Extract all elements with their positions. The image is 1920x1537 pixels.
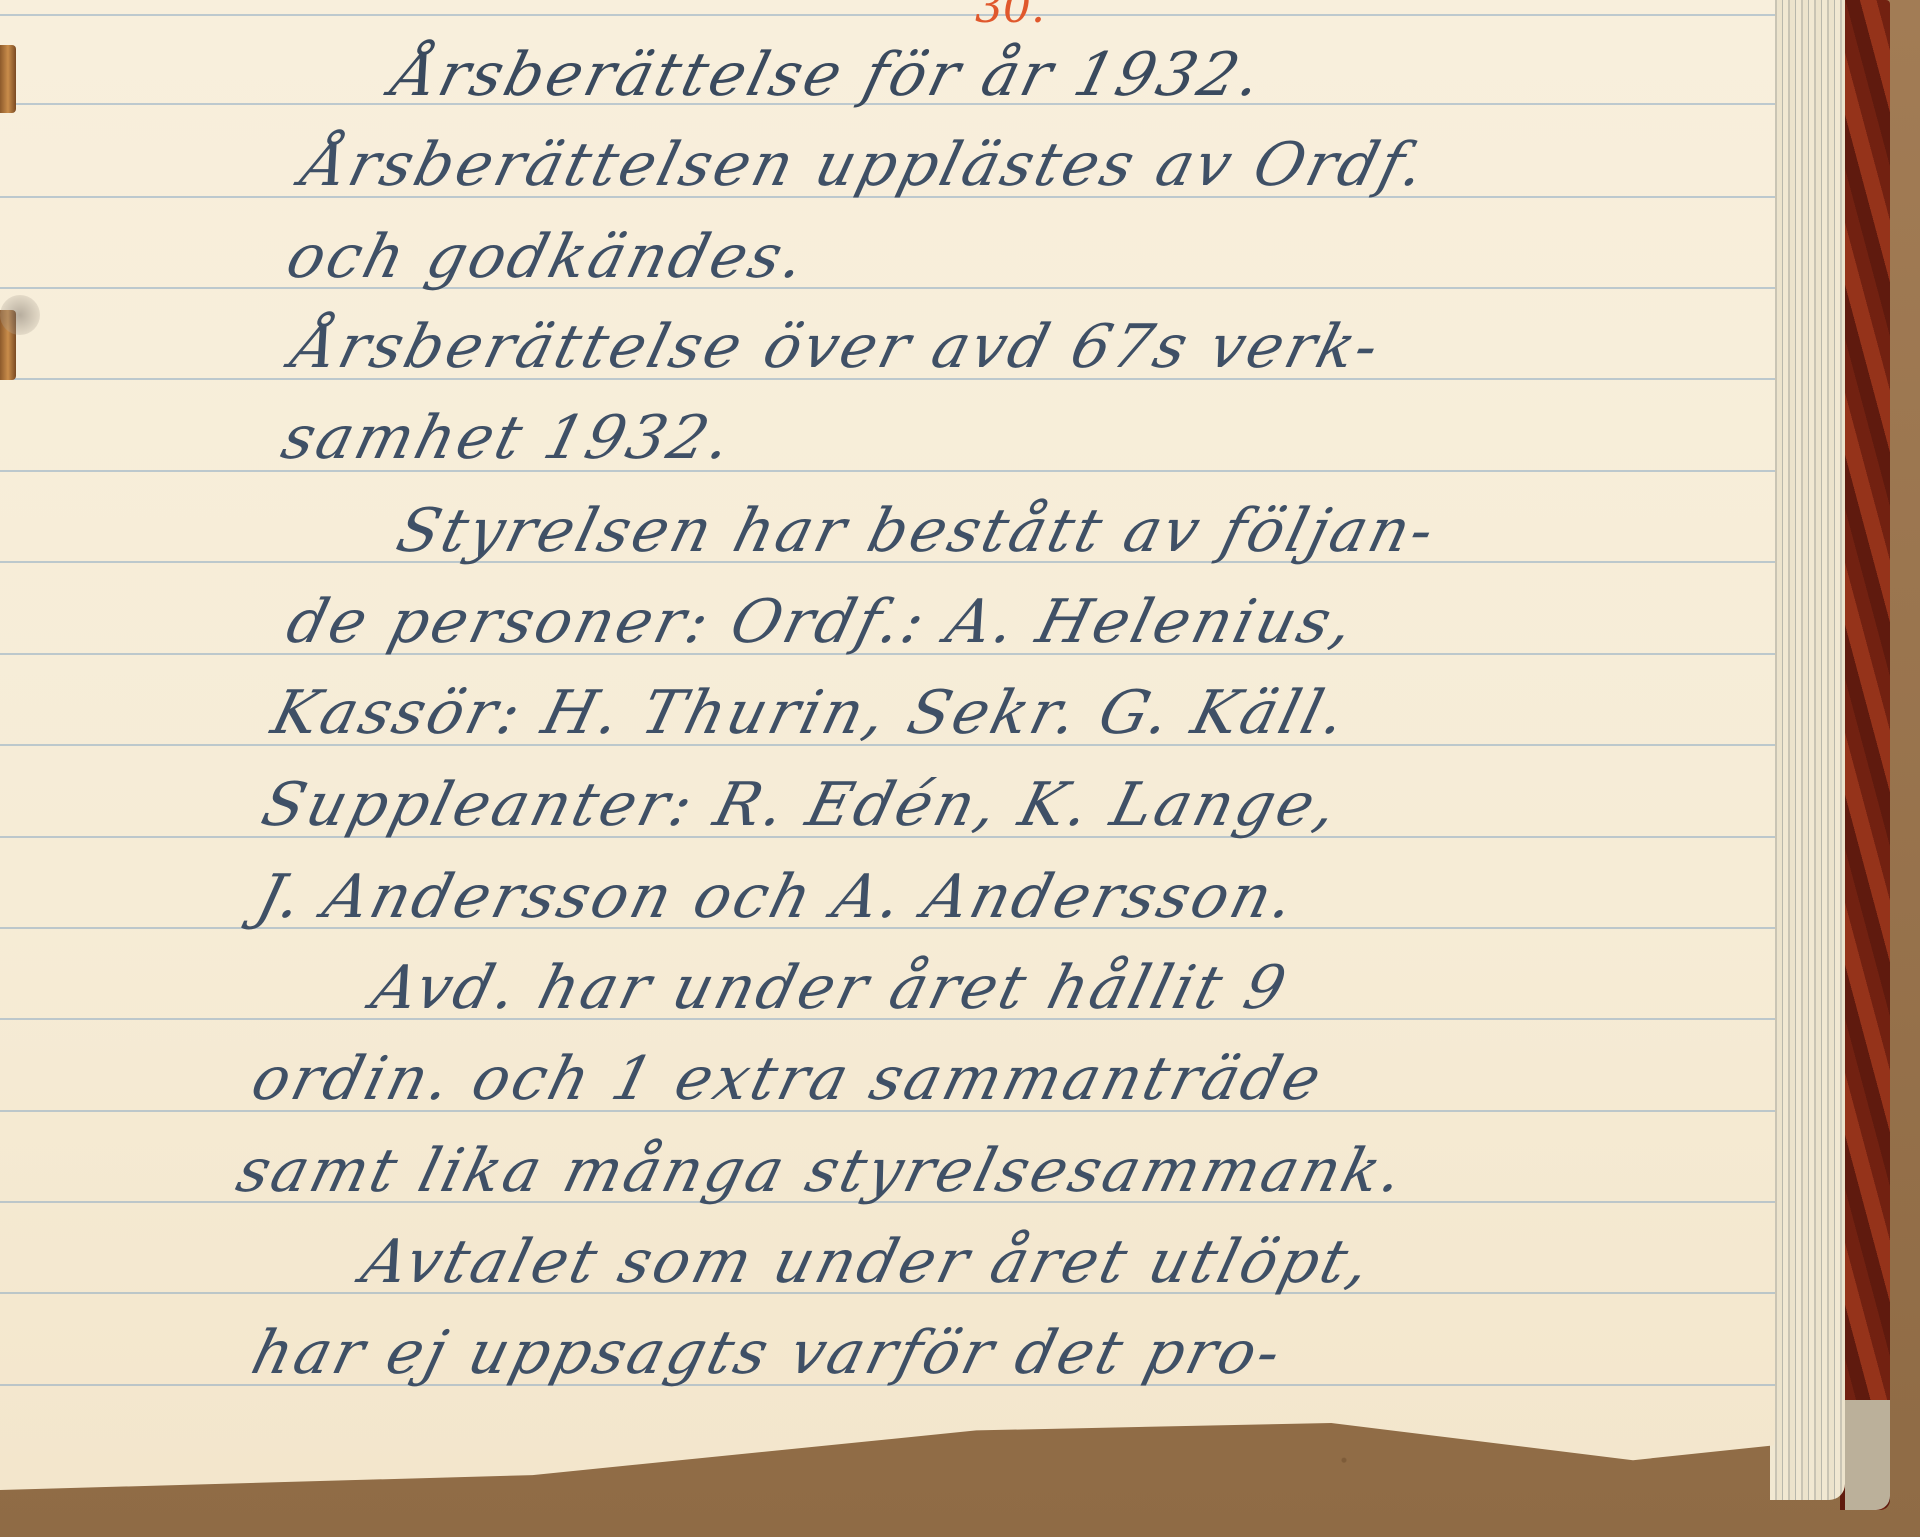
text-line: ordin. och 1 extra sammanträde xyxy=(245,1044,1331,1114)
page-number: 30. xyxy=(975,0,1045,33)
text-line: Suppleanter: R. Edén, K. Lange, xyxy=(255,770,1347,840)
page-edges xyxy=(1770,0,1845,1500)
text-line: samhet 1932. xyxy=(275,403,741,473)
ruled-line xyxy=(0,14,1775,16)
text-line: och godkändes. xyxy=(280,222,814,292)
ruled-line xyxy=(0,470,1775,472)
binding-stitch xyxy=(0,45,16,113)
text-line: de personer: Ordf.: A. Helenius, xyxy=(280,587,1363,657)
text-line: Avd. har under året hållit 9 xyxy=(365,953,1295,1023)
text-line: Årsberättelsen upplästes av Ordf. xyxy=(295,130,1434,200)
ruled-line xyxy=(0,287,1775,289)
notebook-page: 30. Årsberättelse för år 1932. Årsberätt… xyxy=(0,0,1775,1490)
text-line: har ej uppsagts varför det pro- xyxy=(245,1318,1290,1388)
text-line: Avtalet som under året utlöpt, xyxy=(355,1227,1380,1297)
heading-line: Årsberättelse för år 1932. xyxy=(385,40,1271,110)
text-line: Årsberättelse över avd 67s verk- xyxy=(285,312,1388,382)
text-line: Kassör: H. Thurin, Sekr. G. Käll. xyxy=(265,678,1355,748)
paper-stain xyxy=(0,295,40,335)
cover-corner xyxy=(1845,1400,1890,1510)
text-line: J. Andersson och A. Andersson. xyxy=(250,862,1304,932)
book-cover-marbled xyxy=(1840,0,1890,1510)
text-line: Styrelsen har bestått av följan- xyxy=(390,496,1444,566)
text-line: samt lika många styrelsesammank. xyxy=(230,1136,1413,1206)
